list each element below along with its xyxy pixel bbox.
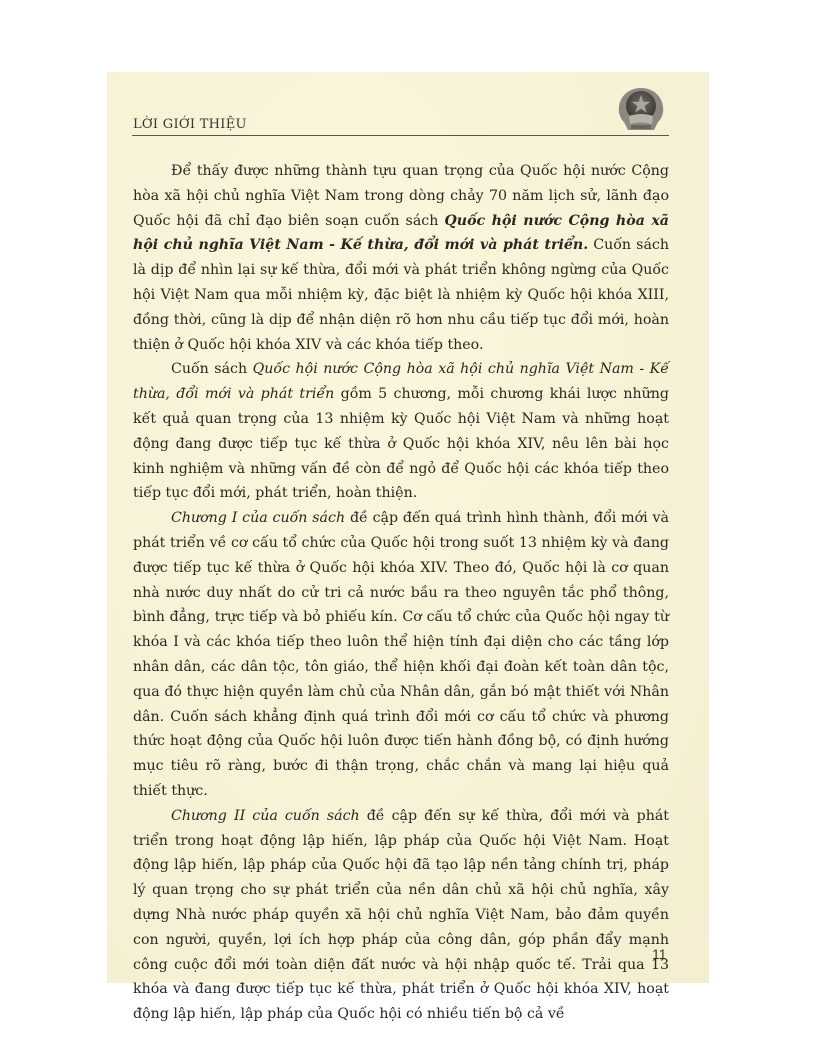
body-text: Để thấy được những thành tựu quan trọng … bbox=[133, 159, 669, 1027]
text-segment: đề cập đến sự kế thừa, đổi mới và phát t… bbox=[133, 808, 669, 1022]
chapter-reference-italic: Chương II của cuốn sách bbox=[171, 808, 360, 824]
text-segment: đề cập đến quá trình hình thành, đổi mới… bbox=[133, 510, 669, 799]
chapter-reference-italic: Chương I của cuốn sách bbox=[171, 510, 345, 526]
text-segment: Cuốn sách bbox=[171, 361, 253, 377]
header-rule bbox=[132, 135, 669, 136]
paragraph: Chương II của cuốn sách đề cập đến sự kế… bbox=[133, 804, 669, 1027]
running-head: LỜI GIỚI THIỆU bbox=[133, 117, 247, 132]
vietnam-national-emblem-icon bbox=[616, 86, 666, 134]
paragraph: Chương I của cuốn sách đề cập đến quá tr… bbox=[133, 506, 669, 804]
text-segment: gồm 5 chương, mỗi chương khái lược những… bbox=[133, 386, 669, 501]
paragraph: Cuốn sách Quốc hội nước Cộng hòa xã hội … bbox=[133, 357, 669, 506]
page-number: 11 bbox=[652, 946, 667, 962]
text-segment: Cuốn sách là dịp để nhìn lại sự kế thừa,… bbox=[133, 237, 669, 352]
paragraph: Để thấy được những thành tựu quan trọng … bbox=[133, 159, 669, 357]
